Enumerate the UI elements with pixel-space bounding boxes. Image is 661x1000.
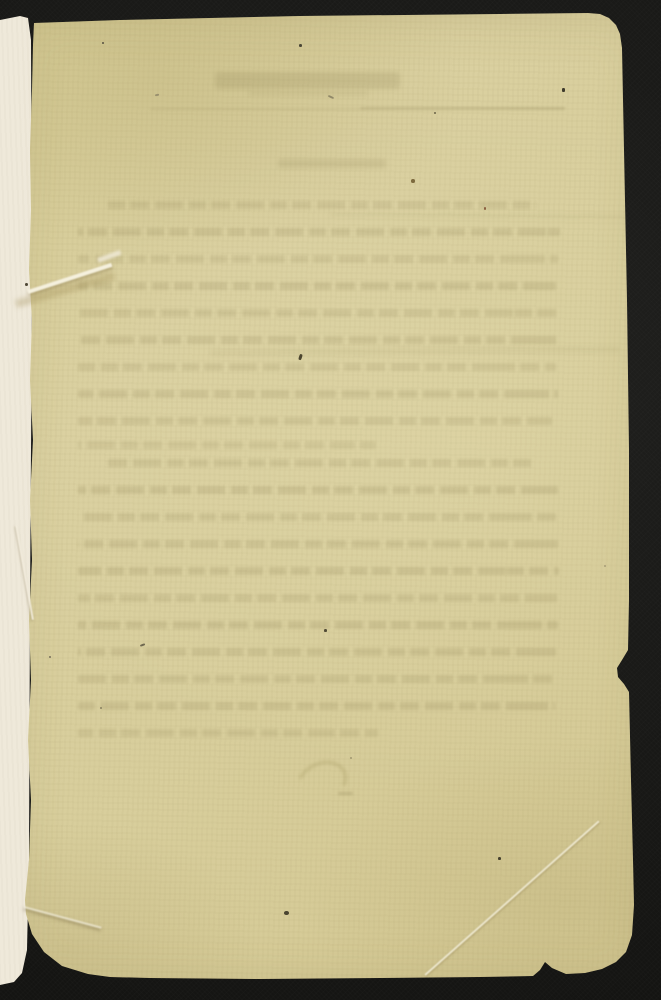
ghost-title [215,72,400,89]
ghost-rule-left [150,108,360,110]
ghost-text-line [78,486,558,494]
ghost-text-line [108,201,536,209]
ghost-text-line [78,621,558,629]
ghost-text-line [108,459,536,467]
ghost-ornament-tail [338,792,353,795]
ghost-text-line [78,648,556,656]
ghost-text-line [78,336,558,344]
ghost-text-line [78,702,555,710]
book-page [0,0,661,1000]
book-scan [0,0,661,1000]
ghost-title-echo [248,91,368,96]
ghost-text-line [78,729,378,737]
ghost-text-line [78,309,560,317]
ghost-text-line [78,282,556,290]
ghost-text-line [78,594,557,602]
ghost-text-line [78,567,559,575]
ghost-text-line [78,417,552,425]
ghost-heading-small [278,159,386,168]
ghost-ornament [290,753,354,811]
ghost-text-line [78,441,376,449]
ghost-text-line [78,675,558,683]
page-vignette [0,0,661,1000]
ghost-text-line [78,228,560,236]
ghost-text-line [78,540,558,548]
ghost-layer [0,0,661,1000]
ghost-rule-right [360,107,565,110]
ghost-text-line [78,513,556,521]
ghost-text-line [78,363,556,371]
ghost-text-line [78,255,558,263]
ghost-text-line [78,390,558,398]
